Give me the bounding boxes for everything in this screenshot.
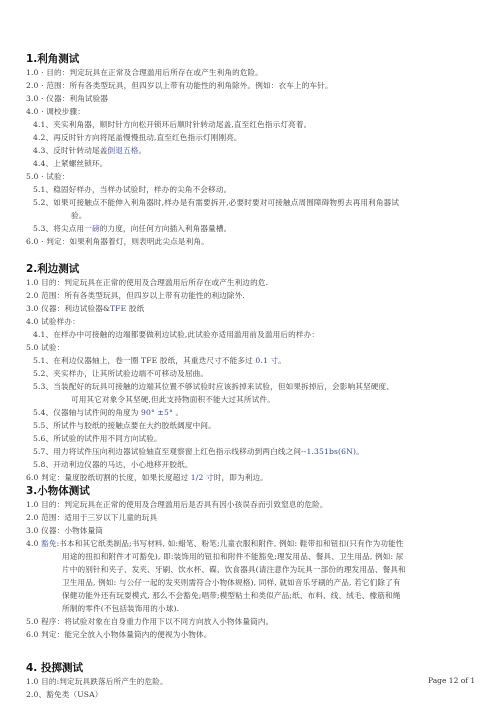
highlight-text: 0.1 寸 [255,356,278,365]
s1-line-1-0: 1.0 · 目的：判定玩具在正常及合理滥用后所存在或产生利角的危险。 [26,66,476,79]
s1-line-4-2: 4.2、再反时针方向将尾盖慢慢扭动,直至红色指示灯刚刚亮。 [26,131,476,144]
spacer [26,641,476,661]
s4-line-2-0: 2.0、豁免类（USA） [26,688,476,701]
s3-line-6-0: 6.0 判定：能完全放入小物体量筒内的便视为小物体。 [26,628,476,641]
s2-line-4-1: 4.1、在样办中可接触的边端都要做利边试验,此试验亦适用滥用前及滥用后的样办： [26,328,476,341]
s2-line-4-0: 4.0 试验样办： [26,315,476,328]
s1-line-5-0: 5.0 · 试验： [26,170,476,183]
section-1-title: 1.利角测试 [26,52,476,66]
s2-line-5-2: 5.2、夹实样办，让其所试验边端不可移动及屈曲。 [26,367,476,380]
s1-line-5-2: 5.2、如果可接触点不能伸入利角器时,样办是有需要拆开,必要时要对可接触点周围障… [26,196,476,209]
s1-line-4-4: 4.4、上紧螺丝锁环。 [26,157,476,170]
s3-line-3-0: 3.0 仪器：小物体量筒 [26,524,476,537]
spacer [26,248,476,262]
s2-line-5-5: 5.5、所试件与胶纸的接触点要在大约胶纸阔度中间。 [26,419,476,432]
s3-line-4-0-cont: 卫生用品, 例如: 与公仔一起的发夹则需符合小物体规格), 同样, 就如音乐牙刷… [26,576,476,589]
s1-line-4-0: 4.0 · 调校步骤： [26,105,476,118]
s2-line-5-3-cont: 可用其它对象令其坚硬,但此支持物面积不能大过其所试件。 [26,393,476,406]
s2-line-5-8: 5.8、开动利边仪器的马达，小心地移开胶纸。 [26,458,476,471]
s1-line-4-1: 4.1、夹实利角器，顺时针方向松开锁环后顺时针转动尾盖,直至红色指示灯亮着。 [26,118,476,131]
s2-line-2-0: 2.0 范围：所有各类型玩具，但四岁以上带有功能性的利边除外. [26,289,476,302]
s2-line-3-0: 3.0 仪器：利边试验器&TFE 胶纸 [26,302,476,315]
highlight-text: 倒退五格 [107,146,138,155]
s3-line-4-0-cont: 片中的别针和夹子、发夹、牙刷、饮水杯、碟、饮食器具(请注意作为玩具一部份的理发用… [26,563,476,576]
s3-line-4-0-cont: 保健功能外还有玩耍模式, 那么不会豁免;唱带;模型粘土和类似产品;纸、布料、线、… [26,589,476,602]
highlight-text: 1/2 寸 [191,473,214,482]
s1-line-5-1: 5.1、稳固好样办，当样办试验时，样办的尖角不会移动。 [26,183,476,196]
s2-line-5-3: 5.3、当装配好的玩具可接触的边端其位置不够试验时应该拆掉来试验，但如果拆掉后，… [26,380,476,393]
s3-line-4-0: 4.0 豁免:书本和其它纸类制品;书写材料, 如:蜡笔、粉笔;儿童衣服和附件, … [26,537,476,550]
highlight-text: 一磅 [84,224,100,233]
s2-line-5-0: 5.0 试验： [26,341,476,354]
section-3-title: 3.小物体测试 [26,484,476,498]
s1-line-6-0: 6.0 · 判定：如果利角器着灯，则表明此尖点是利角。 [26,235,476,248]
s3-line-4-0-cont: 所制的零件(不包括装饰用的小球). [26,602,476,615]
highlight-text: TFE [110,304,126,313]
s4-line-1-0: 1.0 目的:判定玩具跌落后所产生的危险。 [26,675,476,688]
highlight-text: 豁免 [41,539,57,548]
s2-line-5-7: 5.7、用力将试件压向利边器试验轴直至观察窗上红色指示线移动到两白线之间--1.… [26,445,476,458]
s1-line-3-0: 3.0 · 仪器：利角试验器 [26,92,476,105]
highlight-text: --1.351bs(6N) [301,447,356,456]
document-page: 1.利角测试 1.0 · 目的：判定玩具在正常及合理滥用后所存在或产生利角的危险… [26,52,476,701]
s1-line-5-2-cont: 验。 [26,209,476,222]
s3-line-5-0: 5.0 程序：将试验对象在自身重力作用下以不同方向放入小物体量筒内。 [26,615,476,628]
s3-line-1-0: 1.0 目的：判定玩具在正常的使用及合理滥用后是否具有因小孩误吞而引致窒息的危险… [26,498,476,511]
section-2-title: 2.利边测试 [26,262,476,276]
page-number: Page 12 of 1 [428,676,475,685]
s1-line-2-0: 2.0 · 范围：所有各类型玩具，但四岁以上带有功能性的利角除外。例如：衣车上的… [26,79,476,92]
highlight-text: 90° ±5° [141,408,173,417]
s2-line-6-0: 6.0 判定：量度胶纸切割的长度，如果长度超过 1/2 寸时，即为利边。 [26,471,476,484]
s3-line-2-0: 2.0 范围：适用于三岁以下儿童的玩具 [26,511,476,524]
s2-line-5-6: 5.6、所试验的试件用不同方向试验。 [26,432,476,445]
s3-line-4-0-cont: 用途的扭扣和附件才可豁免), 即:装饰用的钮扣和附件不能豁免;理发用品、餐具、卫… [26,550,476,563]
s2-line-1-0: 1.0 目的：判定玩具在正常的使用及合理滥用后所存在或产生利边的危. [26,276,476,289]
section-4-title: 4. 投掷测试 [26,661,476,675]
s2-line-5-4: 5.4、仪器轴与试件间的角度为 90° ±5° 。 [26,406,476,419]
s1-line-5-3: 5.3、将尖点用一磅的力度，向任何方向插入利角器量槽。 [26,222,476,235]
s2-line-5-1: 5.1、在利边仪器轴上，卷一圈 TFE 胶纸，其重迭尺寸不能多过 0.1 寸。 [26,354,476,367]
s1-line-4-3: 4.3、反时针转动尾盖倒退五格。 [26,144,476,157]
